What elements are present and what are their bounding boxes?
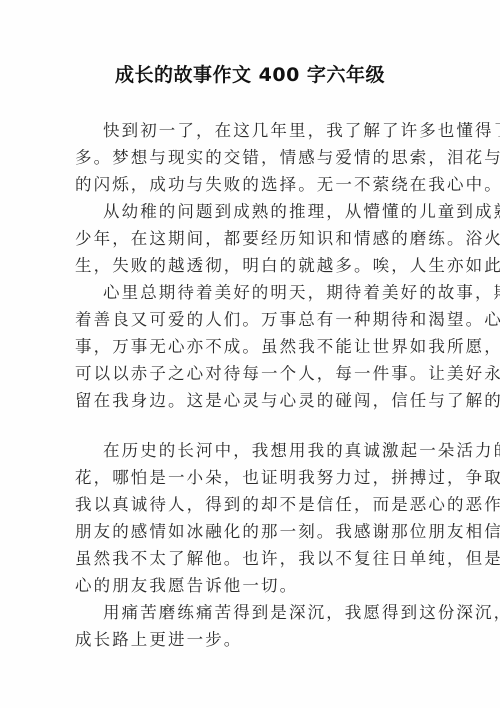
text-block-1: 快到初一了，在这几年里，我了解了许多也懂得了许多。梦想与现实的交错，情感与爱情的… [75, 117, 420, 414]
text-line: 心里总期待着美好的明天，期待着美好的故事，期待 [75, 279, 420, 306]
text-line: 成长路上更进一步。 [75, 626, 420, 653]
text-line: 在历史的长河中，我想用我的真诚激起一朵活力的浪 [75, 437, 420, 464]
text-line: 留在我身边。这是心灵与心灵的碰闯，信任与了解的综合。 [75, 387, 420, 414]
text-line: 少年，在这期间，都要经历知识和情感的磨练。浴火则重 [75, 225, 420, 252]
text-line: 的闪烁，成功与失败的选择。无一不萦绕在我心中。 [75, 171, 420, 198]
text-line: 虽然我不太了解他。也许，我以不复往日单纯，但是我真 [75, 545, 420, 572]
text-line: 着善良又可爱的人们。万事总有一种期待和渴望。心成万 [75, 306, 420, 333]
text-line: 用痛苦磨练痛苦得到是深沉，我愿得到这份深沉，在 [75, 599, 420, 626]
text-line: 快到初一了，在这几年里，我了解了许多也懂得了许 [75, 117, 420, 144]
text-line: 可以以赤子之心对待每一个人，每一件事。让美好永远停 [75, 360, 420, 387]
text-line: 事，万事无心亦不成。虽然我不能让世界如我所愿，但我 [75, 333, 420, 360]
text-line: 从幼稚的问题到成熟的推理，从懵懂的儿童到成熟的 [75, 198, 420, 225]
text-line: 花，哪怕是一小朵，也证明我努力过，拼搏过，争取过。 [75, 464, 420, 491]
document-title: 成长的故事作文 400 字六年级 [0, 62, 500, 88]
document-page: 成长的故事作文 400 字六年级 快到初一了，在这几年里，我了解了许多也懂得了许… [0, 0, 500, 708]
text-line: 生，失败的越透彻，明白的就越多。唉，人生亦如此。 [75, 252, 420, 279]
text-line: 心的朋友我愿告诉他一切。 [75, 572, 420, 599]
text-line: 我以真诚待人，得到的却不是信任，而是恶心的恶作剧， [75, 491, 420, 518]
text-line: 多。梦想与现实的交错，情感与爱情的思索，泪花与心灵 [75, 144, 420, 171]
text-block-2: 在历史的长河中，我想用我的真诚激起一朵活力的浪花，哪怕是一小朵，也证明我努力过，… [75, 437, 420, 653]
text-line: 朋友的感情如冰融化的那一刻。我感谢那位朋友相信我， [75, 518, 420, 545]
